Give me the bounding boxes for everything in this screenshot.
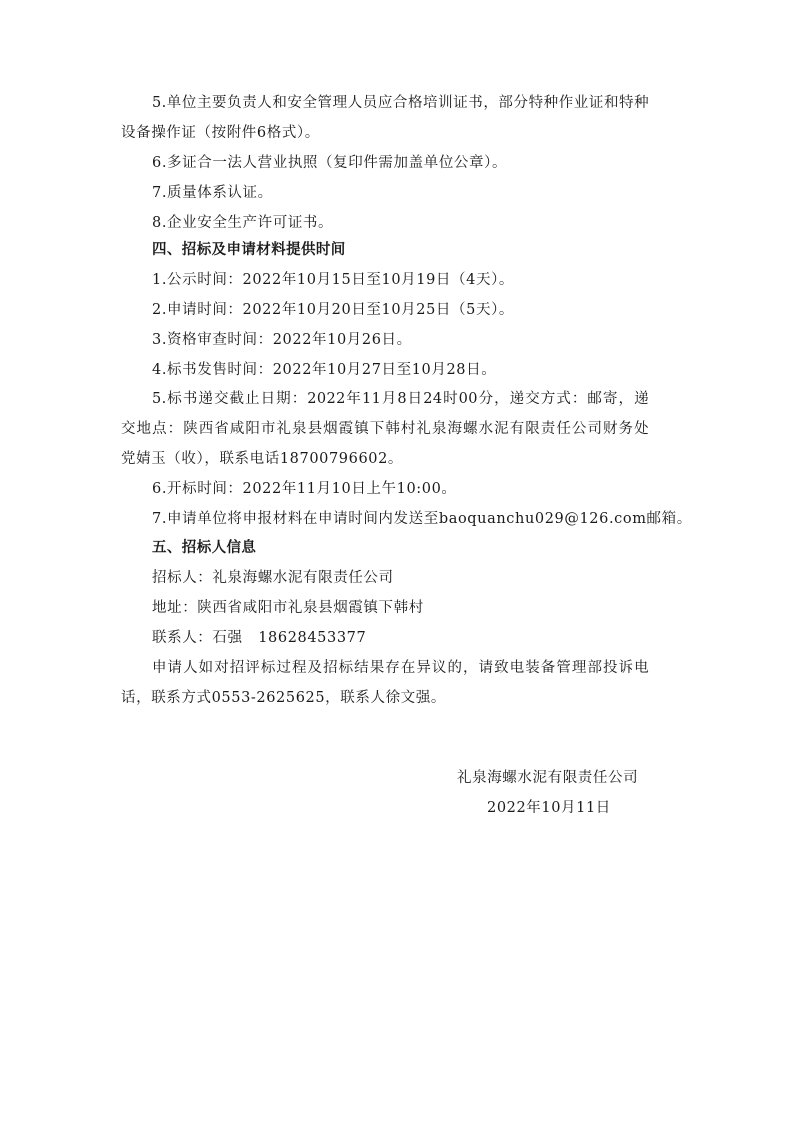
document-page: 5.单位主要负责人和安全管理人员应合格培训证书，部分特种作业证和特种 设备操作证… xyxy=(0,0,793,1122)
schedule-item-3: 3.资格审查时间：2022年10月26日。 xyxy=(152,330,412,350)
qualification-item-5-line-2: 设备操作证（按附件6格式）。 xyxy=(121,123,320,143)
qualification-item-6: 6.多证合一法人营业执照（复印件需加盖单位公章）。 xyxy=(152,153,507,173)
schedule-item-2: 2.申请时间：2022年10月20日至10月25日（5天）。 xyxy=(152,300,514,320)
schedule-item-5-line-3: 党婧玉（收），联系电话18700796602。 xyxy=(121,449,403,469)
schedule-item-4: 4.标书发售时间：2022年10月27日至10月28日。 xyxy=(152,360,496,380)
schedule-item-5-line-1: 5.标书递交截止日期：2022年11月8日24时00分，递交方式：邮寄，递 xyxy=(152,389,649,409)
section-4-heading: 四、招标及申请材料提供时间 xyxy=(152,240,346,260)
tenderer-contact: 联系人：石强 18628453377 xyxy=(152,628,366,648)
signature-company: 礼泉海螺水泥有限责任公司 xyxy=(457,768,638,788)
schedule-item-7: 7.申请单位将申报材料在申请时间内发送至baoquanchu029@126.co… xyxy=(152,509,692,529)
schedule-item-6: 6.开标时间：2022年11月10日上午10:00。 xyxy=(152,479,457,499)
qualification-item-8: 8.企业安全生产许可证书。 xyxy=(152,213,333,233)
tenderer-name: 招标人：礼泉海螺水泥有限责任公司 xyxy=(152,568,394,588)
qualification-item-5-line-1: 5.单位主要负责人和安全管理人员应合格培训证书，部分特种作业证和特种 xyxy=(152,93,649,113)
complaint-line-2: 话，联系方式0553-2625625，联系人徐文强。 xyxy=(121,688,446,708)
schedule-item-1: 1.公示时间：2022年10月15日至10月19日（4天）。 xyxy=(152,270,514,290)
schedule-item-5-line-2: 交地点：陕西省咸阳市礼泉县烟霞镇下韩村礼泉海螺水泥有限责任公司财务处 xyxy=(121,419,649,439)
qualification-item-7: 7.质量体系认证。 xyxy=(152,183,273,203)
signature-date: 2022年10月11日 xyxy=(487,798,611,818)
tenderer-address: 地址：陕西省咸阳市礼泉县烟霞镇下韩村 xyxy=(152,598,424,618)
section-5-heading: 五、招标人信息 xyxy=(152,538,256,558)
complaint-line-1: 申请人如对招评标过程及招标结果存在异议的，请致电装备管理部投诉电 xyxy=(152,658,649,678)
